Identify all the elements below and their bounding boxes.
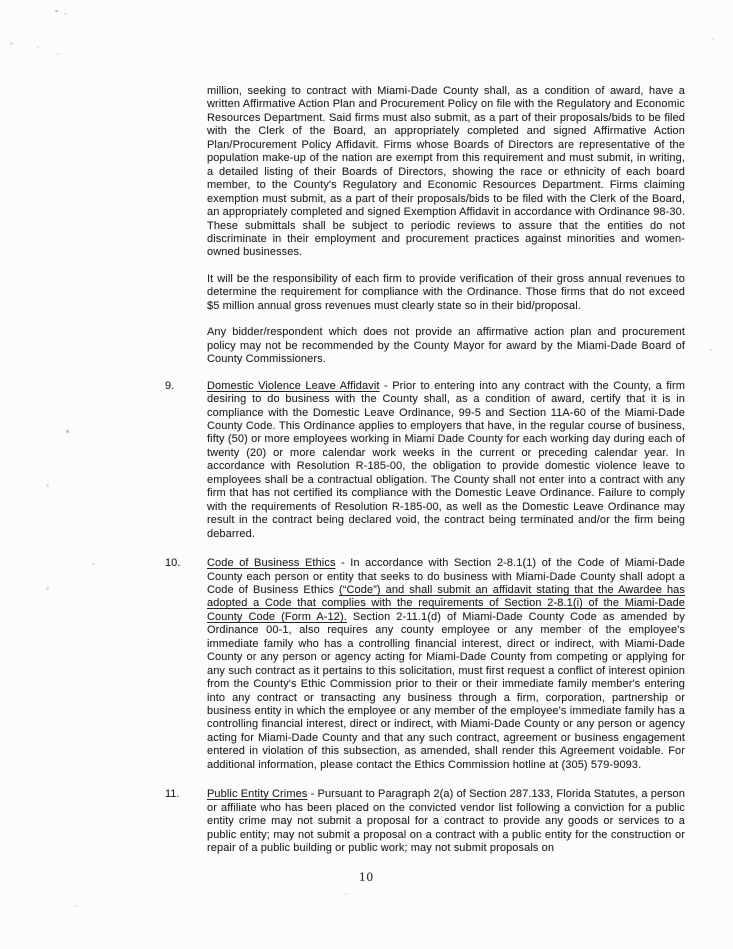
scan-speck <box>712 38 714 40</box>
underlined-text: Domestic Violence Leave Affidavit <box>207 380 380 392</box>
numbered-item: 11.Public Entity Crimes - Pursuant to Pa… <box>165 788 685 855</box>
item-text: Code of Business Ethics - In accordance … <box>207 557 685 772</box>
scan-speck <box>46 587 49 590</box>
item-text-segment: - Prior to entering into any contract wi… <box>207 380 685 540</box>
scan-speck <box>345 893 347 895</box>
underlined-text: Public Entity Crimes <box>207 788 307 800</box>
scan-speck <box>710 349 712 351</box>
scanned-document-page: million, seeking to contract with Miami-… <box>0 0 733 949</box>
page-content: million, seeking to contract with Miami-… <box>165 85 685 872</box>
numbered-item: 9.Domestic Violence Leave Affidavit - Pr… <box>165 380 685 541</box>
paragraph: Any bidder/respondent which does not pro… <box>207 326 685 366</box>
scan-speck <box>64 13 67 15</box>
item-text-segment: Section 2-11.1(d) of Miami-Dade County C… <box>207 611 685 771</box>
scan-speck <box>46 484 49 487</box>
scan-speck <box>10 42 13 45</box>
intro-paragraphs: million, seeking to contract with Miami-… <box>207 85 685 367</box>
item-text: Domestic Violence Leave Affidavit - Prio… <box>207 380 685 541</box>
numbered-items: 9.Domestic Violence Leave Affidavit - Pr… <box>165 380 685 856</box>
item-text: Public Entity Crimes - Pursuant to Parag… <box>207 788 685 855</box>
item-number: 10. <box>165 557 207 772</box>
underlined-text: Code of Business Ethics <box>207 557 336 569</box>
item-number: 9. <box>165 380 207 541</box>
scan-speck <box>37 46 39 48</box>
scan-speck <box>55 10 58 12</box>
scan-speck <box>92 563 95 565</box>
numbered-item: 10.Code of Business Ethics - In accordan… <box>165 557 685 772</box>
item-number: 11. <box>165 788 207 855</box>
scan-speck <box>66 430 69 433</box>
paragraph: million, seeking to contract with Miami-… <box>207 85 685 260</box>
scan-speck <box>57 53 59 55</box>
scan-speck <box>75 905 77 907</box>
page-number: 10 <box>0 869 733 885</box>
paragraph: It will be the responsibility of each fi… <box>207 273 685 313</box>
